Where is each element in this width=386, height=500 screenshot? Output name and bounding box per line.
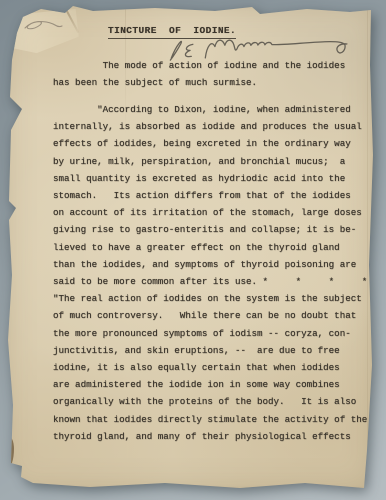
typewritten-line: small quantity is excreted as hydriodic … <box>53 170 367 187</box>
typewritten-line: organically with the proteins of the bod… <box>53 393 367 410</box>
typewritten-line: junctivitis, and skin eruptions, -- are … <box>53 342 367 359</box>
typewritten-line: stomach. Its action differs from that of… <box>53 187 367 204</box>
typewritten-line: on account of its irritation of the stom… <box>53 204 367 221</box>
typewritten-line: The mode of action of iodine and the iod… <box>53 57 345 74</box>
typewritten-line: of much controversy. While there can be … <box>53 307 367 324</box>
typewritten-line: "According to Dixon, iodine, when admini… <box>53 101 367 118</box>
paper-shadow-wrap: TINCTURE OF IODINE. The mode of action o… <box>0 0 386 500</box>
typewritten-line: than the iodides, and symptoms of thyroi… <box>53 256 367 273</box>
page-background: { "document": { "title": "TINCTURE OF IO… <box>0 0 386 500</box>
edge-stain <box>5 436 14 468</box>
typewritten-line: thyroid gland, and many of their physiol… <box>53 428 367 445</box>
typewritten-line: are administered the iodide ion in some … <box>53 376 367 393</box>
typewritten-line: effects of iodides, being excreted in th… <box>53 135 367 152</box>
typewritten-line: said to be more common after its use. * … <box>53 273 367 290</box>
typewritten-line: iodine, it is also equally certain that … <box>53 359 367 376</box>
typewritten-paragraph: "According to Dixon, iodine, when admini… <box>53 101 367 445</box>
typewritten-line: the more pronounced symptoms of iodism -… <box>53 325 367 342</box>
typewritten-line: "The real action of iodides on the syste… <box>53 290 367 307</box>
typewritten-line: by urine, milk, perspiration, and bronch… <box>53 153 367 170</box>
typewritten-line: has been the subject of much surmise. <box>53 74 345 91</box>
typewritten-line: known that iodides directly stimulate th… <box>53 411 367 428</box>
typewritten-line: internally, is absorbed as iodide and pr… <box>53 118 367 135</box>
typewritten-paragraph: The mode of action of iodine and the iod… <box>53 57 345 91</box>
typewritten-line: lieved to have a greater effect on the t… <box>53 239 367 256</box>
paper-sheet: TINCTURE OF IODINE. The mode of action o… <box>5 5 374 490</box>
pencil-scribble-icon <box>19 17 65 35</box>
typewritten-line: giving rise to gastro-enteritis and coll… <box>53 221 367 238</box>
